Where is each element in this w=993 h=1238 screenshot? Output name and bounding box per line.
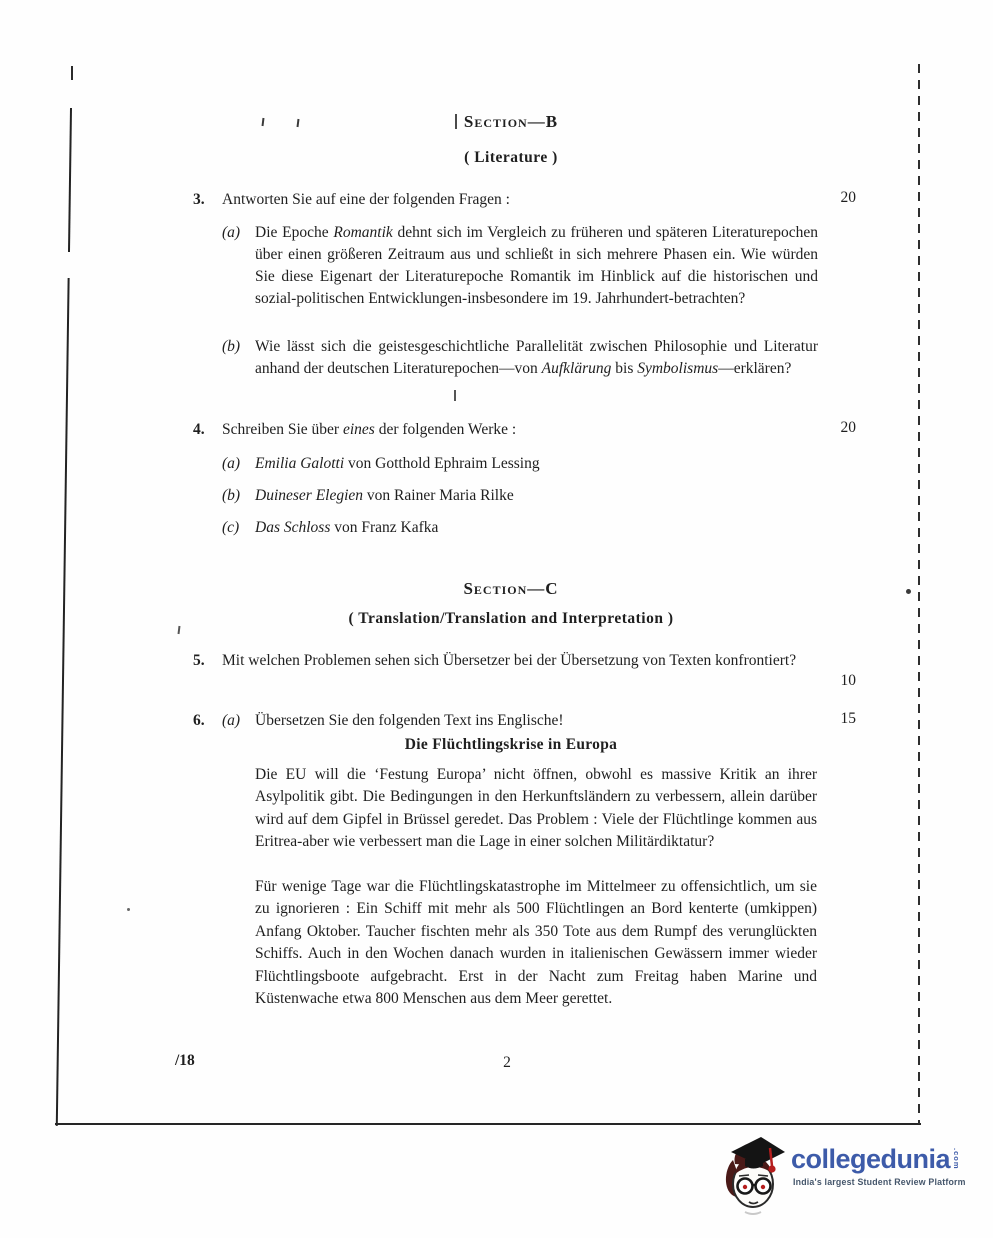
question-6-marks: 15 bbox=[828, 710, 856, 728]
question-6-number: 6. bbox=[193, 710, 222, 732]
work-title-italic: Das Schloss bbox=[255, 519, 330, 536]
question-3b: (b) Wie lässt sich die geistesgeschichtl… bbox=[222, 336, 818, 380]
question-4-prompt: Schreiben Sie über eines der folgenden W… bbox=[222, 421, 516, 438]
collegedunia-logo-text-block: collegedunia .com India's largest Studen… bbox=[791, 1130, 966, 1187]
question-3b-text-post: —erklären? bbox=[718, 360, 791, 377]
question-4c-text: Das Schloss von Franz Kafka bbox=[255, 517, 818, 539]
question-5-marks: 10 bbox=[828, 672, 856, 690]
page-number: 2 bbox=[492, 1054, 522, 1072]
passage-title: Die Flüchtlingskrise in Europa bbox=[200, 736, 822, 754]
section-c-heading: Section—C bbox=[191, 579, 831, 599]
question-4b: (b) Duineser Elegien von Rainer Maria Ri… bbox=[222, 485, 818, 507]
question-4b-label: (b) bbox=[222, 485, 255, 507]
question-5-prompt: Mit welchen Problemen sehen sich Überset… bbox=[222, 650, 817, 672]
collegedunia-tagline: India's largest Student Review Platform bbox=[793, 1177, 966, 1187]
question-4a-label: (a) bbox=[222, 453, 255, 475]
section-b-heading: Section—B bbox=[191, 112, 831, 132]
question-3b-label: (b) bbox=[222, 336, 255, 380]
question-4a-text: Emilia Galotti von Gotthold Ephraim Less… bbox=[255, 453, 818, 475]
question-5: 5. Mit welchen Problemen sehen sich Über… bbox=[193, 650, 817, 672]
question-3b-text-italic1: Aufklärung bbox=[542, 360, 612, 377]
collegedunia-brand-text: collegedunia bbox=[791, 1146, 950, 1173]
work-title-italic: Duineser Elegien bbox=[255, 487, 363, 504]
question-4-prompt-post: der folgenden Werke : bbox=[375, 421, 516, 438]
scanned-exam-page: Section—B ( Literature ) 3.Antworten Sie… bbox=[0, 0, 993, 1238]
work-author: von Rainer Maria Rilke bbox=[363, 487, 514, 504]
question-3-number: 3. bbox=[193, 189, 222, 211]
passage-paragraph-2: Für wenige Tage war die Flüchtlingskatas… bbox=[255, 876, 817, 1010]
question-5-number: 5. bbox=[193, 650, 222, 672]
collegedunia-mascot-icon bbox=[723, 1132, 787, 1218]
question-6a-prompt: Übersetzen Sie den folgenden Text ins En… bbox=[255, 712, 564, 729]
collegedunia-brand-suffix: .com bbox=[952, 1148, 961, 1170]
question-6: 6.(a)Übersetzen Sie den folgenden Text i… bbox=[193, 710, 823, 732]
scan-artifact bbox=[178, 626, 181, 634]
question-6a-label: (a) bbox=[222, 710, 255, 732]
paper-code: /18 bbox=[175, 1052, 195, 1070]
question-4b-text: Duineser Elegien von Rainer Maria Rilke bbox=[255, 485, 818, 507]
section-c-subtitle: ( Translation/Translation and Interpreta… bbox=[191, 610, 831, 628]
question-4c-label: (c) bbox=[222, 517, 255, 539]
question-3-marks: 20 bbox=[828, 189, 856, 207]
question-3: 3.Antworten Sie auf eine der folgenden F… bbox=[193, 189, 823, 211]
question-4c: (c) Das Schloss von Franz Kafka bbox=[222, 517, 818, 539]
scan-artifact bbox=[906, 589, 911, 594]
question-3-prompt: Antworten Sie auf eine der folgenden Fra… bbox=[222, 191, 510, 208]
question-3a-text-pre: Die Epoche bbox=[255, 224, 333, 241]
scan-artifact bbox=[454, 390, 456, 401]
page-edge-right-dashed bbox=[918, 64, 920, 1124]
work-author: von Franz Kafka bbox=[330, 519, 438, 536]
page-edge-left-tick bbox=[71, 66, 73, 80]
collegedunia-watermark: collegedunia .com India's largest Studen… bbox=[723, 1130, 993, 1222]
question-4-number: 4. bbox=[193, 419, 222, 441]
question-4a: (a) Emilia Galotti von Gotthold Ephraim … bbox=[222, 453, 818, 475]
question-3b-text: Wie lässt sich die geistesgeschichtliche… bbox=[255, 336, 818, 380]
question-3a-text: Die Epoche Romantik dehnt sich im Vergle… bbox=[255, 222, 818, 310]
work-title-italic: Emilia Galotti bbox=[255, 455, 344, 472]
question-3a-text-italic: Romantik bbox=[333, 224, 392, 241]
question-4-marks: 20 bbox=[828, 419, 856, 437]
question-3a: (a) Die Epoche Romantik dehnt sich im Ve… bbox=[222, 222, 818, 310]
question-3b-text-mid: bis bbox=[611, 360, 637, 377]
page-edge-bottom bbox=[55, 1123, 921, 1125]
question-3a-label: (a) bbox=[222, 222, 255, 310]
page-edge-left-gap bbox=[63, 252, 74, 278]
scan-artifact bbox=[127, 908, 130, 911]
section-b-subtitle: ( Literature ) bbox=[191, 149, 831, 167]
passage-paragraph-1: Die EU will die ‘Festung Europa’ nicht ö… bbox=[255, 764, 817, 854]
question-3b-text-italic2: Symbolismus bbox=[637, 360, 718, 377]
question-4: 4.Schreiben Sie über eines der folgenden… bbox=[193, 419, 823, 441]
work-author: von Gotthold Ephraim Lessing bbox=[344, 455, 539, 472]
question-4-prompt-italic: eines bbox=[343, 421, 375, 438]
question-4-prompt-pre: Schreiben Sie über bbox=[222, 421, 343, 438]
